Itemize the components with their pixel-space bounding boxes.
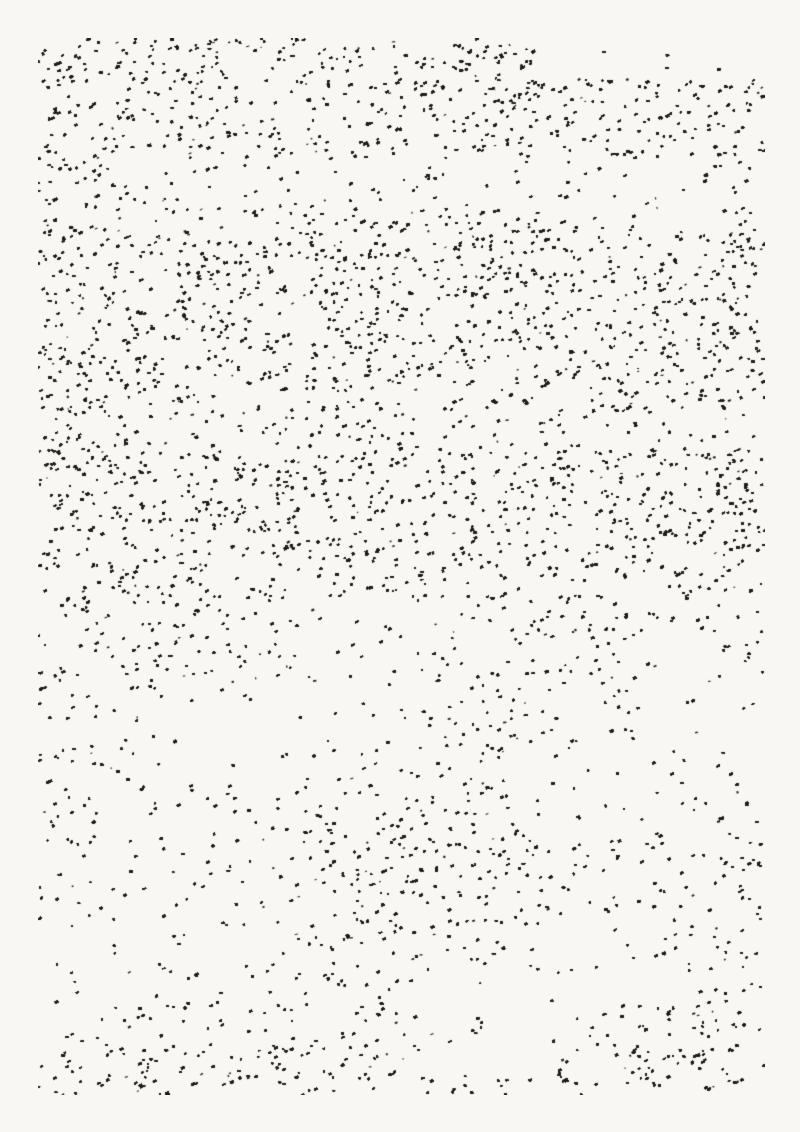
image-frame: Stippled black-and-white artwork of a bu… [0,0,800,1132]
stippled-photo [38,38,765,1095]
